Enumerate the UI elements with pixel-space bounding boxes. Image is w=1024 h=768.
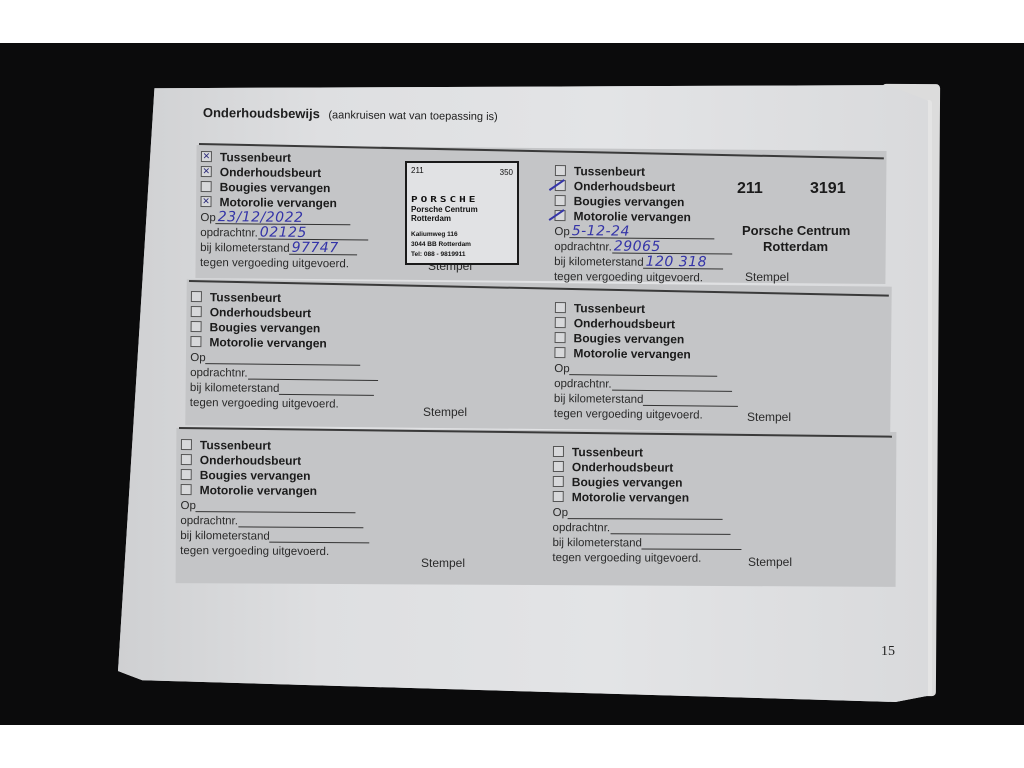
stamp-address-1: Kaliumweg 116 [411, 231, 458, 238]
checkbox-row[interactable]: Bougies vervangen [181, 467, 371, 483]
opdrachtnr-label: opdrachtnr. [553, 522, 611, 534]
checkbox-row[interactable]: Motorolie vervangen [553, 489, 743, 505]
stempel-label: Stempel [423, 405, 467, 419]
stempel-label: Stempel [747, 410, 791, 424]
service-entry-row2-left: TussenbeurtOnderhoudsbeurtBougies vervan… [190, 289, 379, 411]
service-type-label: Motorolie vervangen [573, 346, 690, 361]
checkbox-row[interactable]: Motorolie vervangen [554, 208, 732, 225]
checkbox-empty-icon[interactable] [181, 454, 192, 465]
checkbox-empty-icon[interactable] [555, 332, 566, 343]
opdrachtnr-field[interactable]: opdrachtnr. [180, 512, 370, 528]
op-field[interactable]: Op 23/12/2022 [200, 209, 368, 225]
kilometerstand-input-line[interactable] [642, 536, 742, 550]
service-type-label: Tussenbeurt [574, 164, 645, 179]
op-input-line[interactable] [206, 351, 361, 366]
service-type-label: Tussenbeurt [220, 150, 291, 165]
service-type-label: Motorolie vervangen [573, 209, 690, 224]
service-entry-row2-right: TussenbeurtOnderhoudsbeurtBougies vervan… [554, 300, 740, 422]
op-label: Op [180, 500, 195, 512]
stamp-dealer-line-1: Porsche Centrum [742, 223, 850, 238]
stamp-code-right: 350 [500, 168, 513, 177]
checkbox-empty-icon[interactable] [201, 181, 212, 192]
service-type-label: Motorolie vervangen [219, 195, 336, 210]
checkbox-empty-icon[interactable] [191, 291, 202, 302]
kilometerstand-input-line[interactable]: 97747 [290, 242, 358, 256]
checkbox-row[interactable]: ✕Tussenbeurt [201, 149, 369, 165]
kilometerstand-input-line[interactable] [643, 393, 738, 407]
checkbox-row[interactable]: Tussenbeurt [553, 444, 743, 460]
kilometerstand-field[interactable]: bij kilometerstand 120 318 [554, 253, 732, 270]
opdrachtnr-input-line[interactable] [238, 514, 363, 528]
kilometerstand-field[interactable]: bij kilometerstand [554, 390, 739, 407]
checkbox-empty-icon[interactable] [181, 469, 192, 480]
service-entry-row1-right: TussenbeurtOnderhoudsbeurtBougies vervan… [554, 163, 733, 285]
kilometerstand-input-line[interactable] [270, 530, 370, 544]
opdrachtnr-label: opdrachtnr. [200, 227, 258, 240]
kilometerstand-label: bij kilometerstand [552, 537, 642, 549]
service-type-label: Onderhoudsbeurt [574, 316, 675, 331]
opdrachtnr-label: opdrachtnr. [180, 515, 238, 527]
opdrachtnr-input-line[interactable] [610, 521, 730, 535]
op-field[interactable]: Op [180, 497, 370, 513]
opdrachtnr-input-line[interactable]: 02125 [258, 226, 368, 240]
checkbox-empty-icon[interactable] [553, 491, 564, 502]
service-entry-row1-left: ✕Tussenbeurt✕OnderhoudsbeurtBougies verv… [200, 149, 369, 270]
stamp-phone: Tel: 088 - 9819911 [411, 251, 465, 258]
service-type-label: Bougies vervangen [574, 194, 685, 209]
stempel-label: Stempel [745, 270, 789, 284]
opdrachtnr-label: opdrachtnr. [190, 367, 248, 380]
title-text: Onderhoudsbewijs [203, 105, 320, 121]
stamp-code-left: 211 [411, 166, 424, 175]
checkbox-row[interactable]: Bougies vervangen [201, 179, 369, 195]
opdrachtnr-label: opdrachtnr. [554, 378, 612, 391]
stempel-label: Stempel [748, 555, 792, 569]
service-type-label: Onderhoudsbeurt [572, 460, 673, 475]
checkbox-row[interactable]: Motorolie vervangen [554, 345, 739, 362]
checkbox-empty-icon[interactable] [181, 484, 192, 495]
kilometerstand-input-line[interactable]: 120 318 [644, 256, 724, 270]
checkbox-row[interactable]: Onderhoudsbeurt [181, 452, 371, 468]
service-type-label: Onderhoudsbeurt [210, 305, 311, 320]
checkbox-row[interactable]: Bougies vervangen [553, 474, 743, 490]
op-label: Op [554, 363, 569, 375]
op-label: Op [553, 507, 568, 519]
opdrachtnr-handwritten-value: 29065 [614, 239, 661, 255]
service-type-label: Tussenbeurt [574, 301, 645, 316]
opdrachtnr-input-line[interactable] [248, 367, 378, 381]
op-label: Op [554, 226, 569, 238]
checkbox-row[interactable]: Tussenbeurt [555, 300, 740, 317]
service-entry-row3-right: TussenbeurtOnderhoudsbeurtBougies vervan… [552, 444, 742, 565]
kilometerstand-field[interactable]: bij kilometerstand 97747 [200, 239, 368, 255]
service-type-label: Bougies vervangen [572, 475, 683, 490]
service-type-label: Tussenbeurt [200, 438, 271, 452]
checkbox-empty-icon[interactable] [181, 439, 192, 450]
checkbox-empty-icon[interactable] [553, 446, 564, 457]
service-type-label: Tussenbeurt [572, 445, 643, 459]
checkbox-checked-icon[interactable] [555, 180, 566, 191]
kilometerstand-handwritten-value: 120 318 [646, 254, 708, 271]
op-field[interactable]: Op [190, 349, 378, 366]
checkbox-checked-icon[interactable]: ✕ [201, 151, 212, 162]
op-input-line[interactable] [196, 499, 356, 513]
checkbox-row[interactable]: Onderhoudsbeurt [555, 178, 733, 195]
checkbox-empty-icon[interactable] [553, 461, 564, 472]
kilometerstand-label: bij kilometerstand [180, 530, 270, 543]
checkbox-empty-icon[interactable] [554, 347, 565, 358]
footer-note: tegen vergoeding uitgevoerd. [190, 394, 378, 411]
op-input-line[interactable] [568, 506, 723, 520]
stempel-label: Stempel [421, 556, 465, 570]
op-label: Op [200, 212, 215, 224]
checkbox-empty-icon[interactable] [555, 195, 566, 206]
checkbox-row[interactable]: Motorolie vervangen [190, 334, 378, 351]
kilometerstand-field[interactable]: bij kilometerstand [552, 534, 742, 550]
opdrachtnr-field[interactable]: opdrachtnr. [554, 375, 739, 392]
footer-note: tegen vergoeding uitgevoerd. [554, 405, 739, 422]
service-entry-row3-left: TussenbeurtOnderhoudsbeurtBougies vervan… [180, 437, 370, 558]
checkbox-empty-icon[interactable] [191, 321, 202, 332]
checkbox-empty-icon[interactable] [555, 317, 566, 328]
checkbox-empty-icon[interactable] [555, 302, 566, 313]
checkbox-checked-icon[interactable]: ✕ [200, 196, 211, 207]
dealer-stamp-1: 211 350 PORSCHE Porsche Centrum Rotterda… [405, 161, 519, 265]
op-input-line[interactable] [570, 362, 718, 377]
page-title: Onderhoudsbewijs (aankruisen wat van toe… [203, 104, 498, 125]
opdrachtnr-field[interactable]: opdrachtnr. [553, 519, 743, 535]
kilometerstand-input-line[interactable] [279, 382, 374, 396]
checkbox-checked-icon[interactable]: ✕ [201, 166, 212, 177]
checkbox-empty-icon[interactable] [553, 476, 564, 487]
checkbox-empty-icon[interactable] [191, 306, 202, 317]
service-type-label: Motorolie vervangen [200, 483, 317, 498]
checkbox-row[interactable]: Onderhoudsbeurt [555, 315, 740, 332]
kilometerstand-field[interactable]: bij kilometerstand [180, 527, 370, 543]
service-type-label: Bougies vervangen [220, 180, 331, 195]
checkbox-row[interactable]: Motorolie vervangen [181, 482, 371, 498]
service-type-label: Onderhoudsbeurt [220, 165, 321, 180]
service-type-label: Tussenbeurt [210, 290, 281, 305]
kilometerstand-field[interactable]: bij kilometerstand [190, 379, 378, 396]
footer-note: tegen vergoeding uitgevoerd. [180, 542, 370, 558]
service-type-label: Bougies vervangen [210, 320, 321, 335]
opdrachtnr-field[interactable]: opdrachtnr. 02125 [200, 224, 368, 240]
checkbox-row[interactable]: Tussenbeurt [191, 289, 379, 306]
op-handwritten-value: 23/12/2022 [218, 209, 304, 226]
checkbox-row[interactable]: Tussenbeurt [555, 163, 733, 180]
service-type-label: Motorolie vervangen [572, 490, 689, 505]
service-type-label: Bougies vervangen [200, 468, 311, 483]
footer-note: tegen vergoeding uitgevoerd. [552, 549, 742, 565]
op-label: Op [190, 352, 205, 364]
kilometerstand-label: bij kilometerstand [554, 393, 644, 406]
op-input-line[interactable]: 5-12-24 [570, 225, 715, 239]
title-note: (aankruisen wat van toepassing is) [328, 109, 497, 123]
op-field[interactable]: Op [553, 504, 743, 520]
stamp-address-2: 3044 BB Rotterdam [411, 241, 471, 248]
service-type-label: Onderhoudsbeurt [200, 453, 301, 468]
op-field[interactable]: Op [554, 360, 739, 377]
opdrachtnr-field[interactable]: opdrachtnr. [190, 364, 378, 381]
footer-note: tegen vergoeding uitgevoerd. [554, 268, 732, 285]
checkbox-row[interactable]: Onderhoudsbeurt [191, 304, 379, 321]
opdrachtnr-label: opdrachtnr. [554, 241, 612, 254]
checkbox-row[interactable]: Bougies vervangen [555, 330, 740, 347]
stamp-brand-logo: PORSCHE [411, 195, 478, 204]
footer-note: tegen vergoeding uitgevoerd. [200, 254, 368, 270]
kilometerstand-handwritten-value: 97747 [292, 240, 339, 256]
stamp-code-right: 3191 [810, 180, 846, 198]
page-number: 15 [881, 644, 895, 660]
opdrachtnr-input-line[interactable]: 29065 [612, 240, 732, 254]
op-handwritten-value: 5-12-24 [572, 223, 630, 240]
opdrachtnr-handwritten-value: 02125 [260, 225, 307, 241]
checkbox-empty-icon[interactable] [190, 336, 201, 347]
opdrachtnr-input-line[interactable] [612, 378, 732, 392]
stamp-dealer: Porsche Centrum Rotterdam [411, 205, 517, 223]
kilometerstand-label: bij kilometerstand [554, 256, 644, 269]
checkbox-row[interactable]: ✕Onderhoudsbeurt [201, 164, 369, 180]
checkbox-row[interactable]: Onderhoudsbeurt [553, 459, 743, 475]
checkbox-row[interactable]: ✕Motorolie vervangen [200, 194, 368, 210]
checkbox-row[interactable]: Bougies vervangen [191, 319, 379, 336]
checkbox-row[interactable]: Tussenbeurt [181, 437, 371, 453]
stamp-code-left: 211 [737, 180, 763, 198]
kilometerstand-label: bij kilometerstand [190, 382, 280, 395]
op-input-line[interactable]: 23/12/2022 [216, 211, 351, 225]
checkbox-empty-icon[interactable] [555, 165, 566, 176]
service-type-label: Motorolie vervangen [209, 335, 326, 350]
checkbox-row[interactable]: Bougies vervangen [555, 193, 733, 210]
checkbox-checked-icon[interactable] [554, 210, 565, 221]
opdrachtnr-field[interactable]: opdrachtnr. 29065 [554, 238, 732, 255]
service-type-label: Onderhoudsbeurt [574, 179, 675, 194]
stamp-dealer-line-2: Rotterdam [763, 239, 828, 254]
op-field[interactable]: Op 5-12-24 [554, 223, 732, 240]
service-type-label: Bougies vervangen [574, 331, 685, 346]
kilometerstand-label: bij kilometerstand [200, 242, 290, 255]
